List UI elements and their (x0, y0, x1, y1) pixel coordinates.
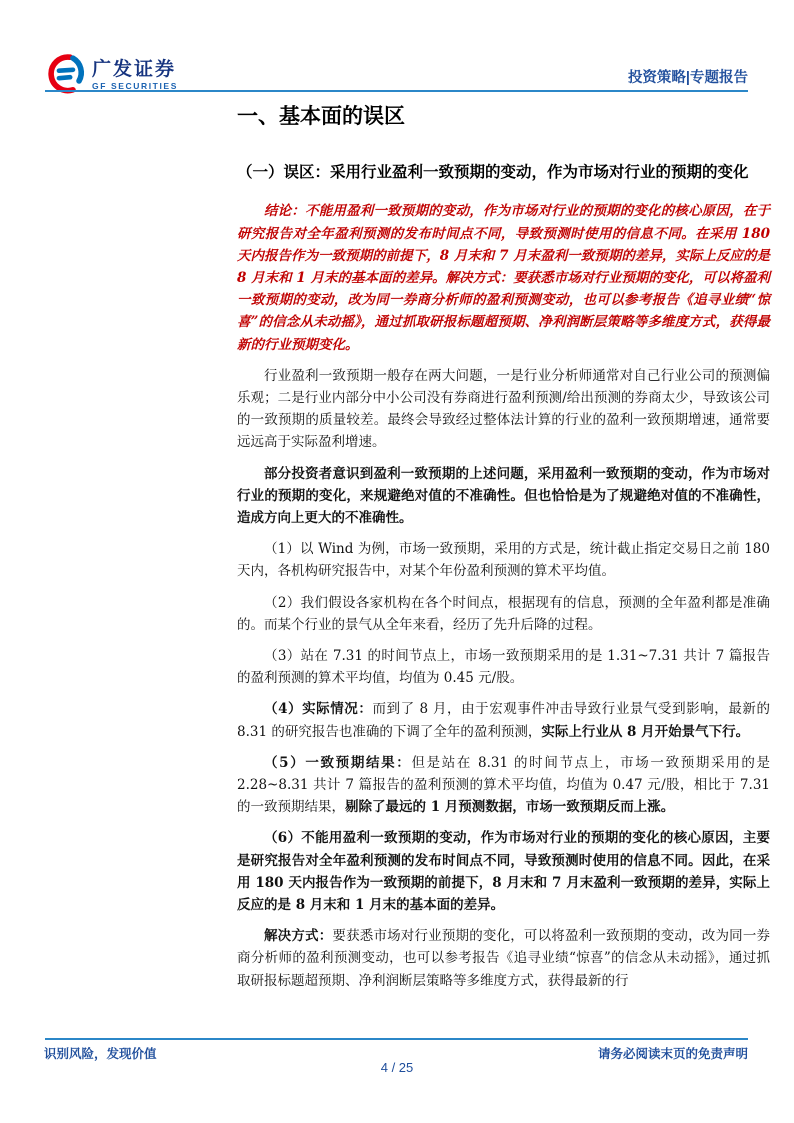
paragraph-investor-awareness: 部分投资者意识到盈利一致预期的上述问题，采用盈利一致预期的变动，作为市场对行业的… (237, 463, 770, 530)
brand-text: 广发证券 GF SECURITIES (92, 60, 178, 91)
chapter-title: 一、基本面的误区 (237, 102, 770, 129)
paragraph-solution: 解决方式：要获悉市场对行业预期的变化，可以将盈利一致预期的变动，改为同一券商分析… (237, 925, 770, 992)
paragraph-point-1: （1）以 Wind 为例，市场一致预期，采用的方式是，统计截止指定交易日之前 1… (237, 538, 770, 582)
report-page: 广发证券 GF SECURITIES 投资策略|专题报告 一、基本面的误区 （一… (0, 0, 794, 1123)
body-paragraphs: 结论：不能用盈利一致预期的变动，作为市场对行业的预期的变化的核心原因，在于研究报… (237, 200, 770, 992)
paragraph-point-5: （5）一致预期结果：但是站在 8.31 的时间节点上，市场一致预期采用的是 2.… (237, 752, 770, 819)
paragraph-industry-consensus-problems: 行业盈利一致预期一般存在两大问题，一是行业分析师通常对自己行业公司的预测偏乐观；… (237, 365, 770, 454)
paragraph-point-3: （3）站在 7.31 的时间节点上，市场一致预期采用的是 1.31~7.31 共… (237, 645, 770, 689)
paragraph-point-2: （2）我们假设各家机构在各个时间点，根据现有的信息，预测的全年盈利都是准确的。而… (237, 592, 770, 636)
report-body: 一、基本面的误区 （一）误区：采用行业盈利一致预期的变动，作为市场对行业的预期的… (237, 102, 770, 992)
brand-name-cn: 广发证券 (92, 60, 178, 79)
paragraph-point-6: （6）不能用盈利一致预期的变动，作为市场对行业的预期的变化的核心原因，主要是研究… (237, 827, 770, 916)
report-type-label: 投资策略|专题报告 (628, 66, 748, 87)
footer-divider (45, 1038, 748, 1040)
section-heading: （一）误区：采用行业盈利一致预期的变动，作为市场对行业的预期的变化 (237, 159, 770, 184)
header-divider (45, 90, 748, 92)
conclusion-paragraph: 结论：不能用盈利一致预期的变动，作为市场对行业的预期的变化的核心原因，在于研究报… (237, 200, 770, 355)
paragraph-point-4: （4）实际情况：而到了 8 月，由于宏观事件冲击导致行业景气受到影响，最新的 8… (237, 698, 770, 742)
page-number: 4 / 25 (0, 1060, 794, 1075)
